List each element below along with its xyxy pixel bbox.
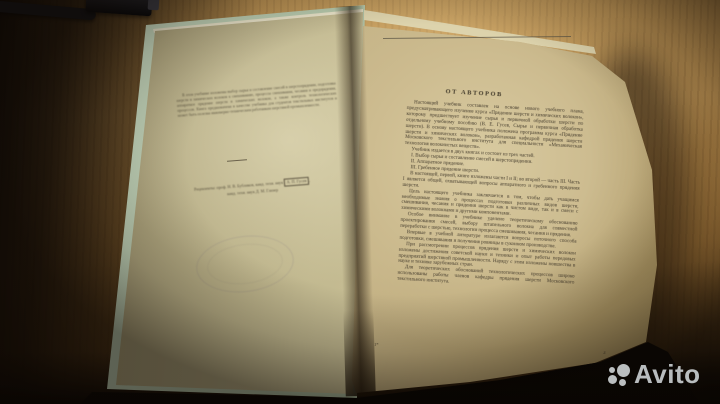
avito-logo-dot	[619, 379, 626, 386]
watermark-brand-text: Avito	[634, 359, 701, 390]
avito-logo-dot	[617, 364, 630, 377]
photo-scene: В этом учебнике изложены выбор сырья и с…	[0, 0, 720, 404]
cable-plug-tip	[148, 0, 160, 10]
right-page-content: ОТ АВТОРОВ Настоящий учебник составлен н…	[397, 86, 585, 293]
avito-logo-dot	[609, 367, 615, 373]
editor-name-boxed: А. П. Гусев	[284, 177, 309, 187]
page-number: 3	[603, 351, 606, 356]
signature-mark: 1*	[374, 342, 379, 347]
avito-logo-dot	[608, 375, 617, 384]
avito-watermark: Avito	[604, 362, 720, 400]
library-stamp-inner-ring	[205, 240, 285, 289]
editors-comma: ,	[309, 178, 310, 183]
